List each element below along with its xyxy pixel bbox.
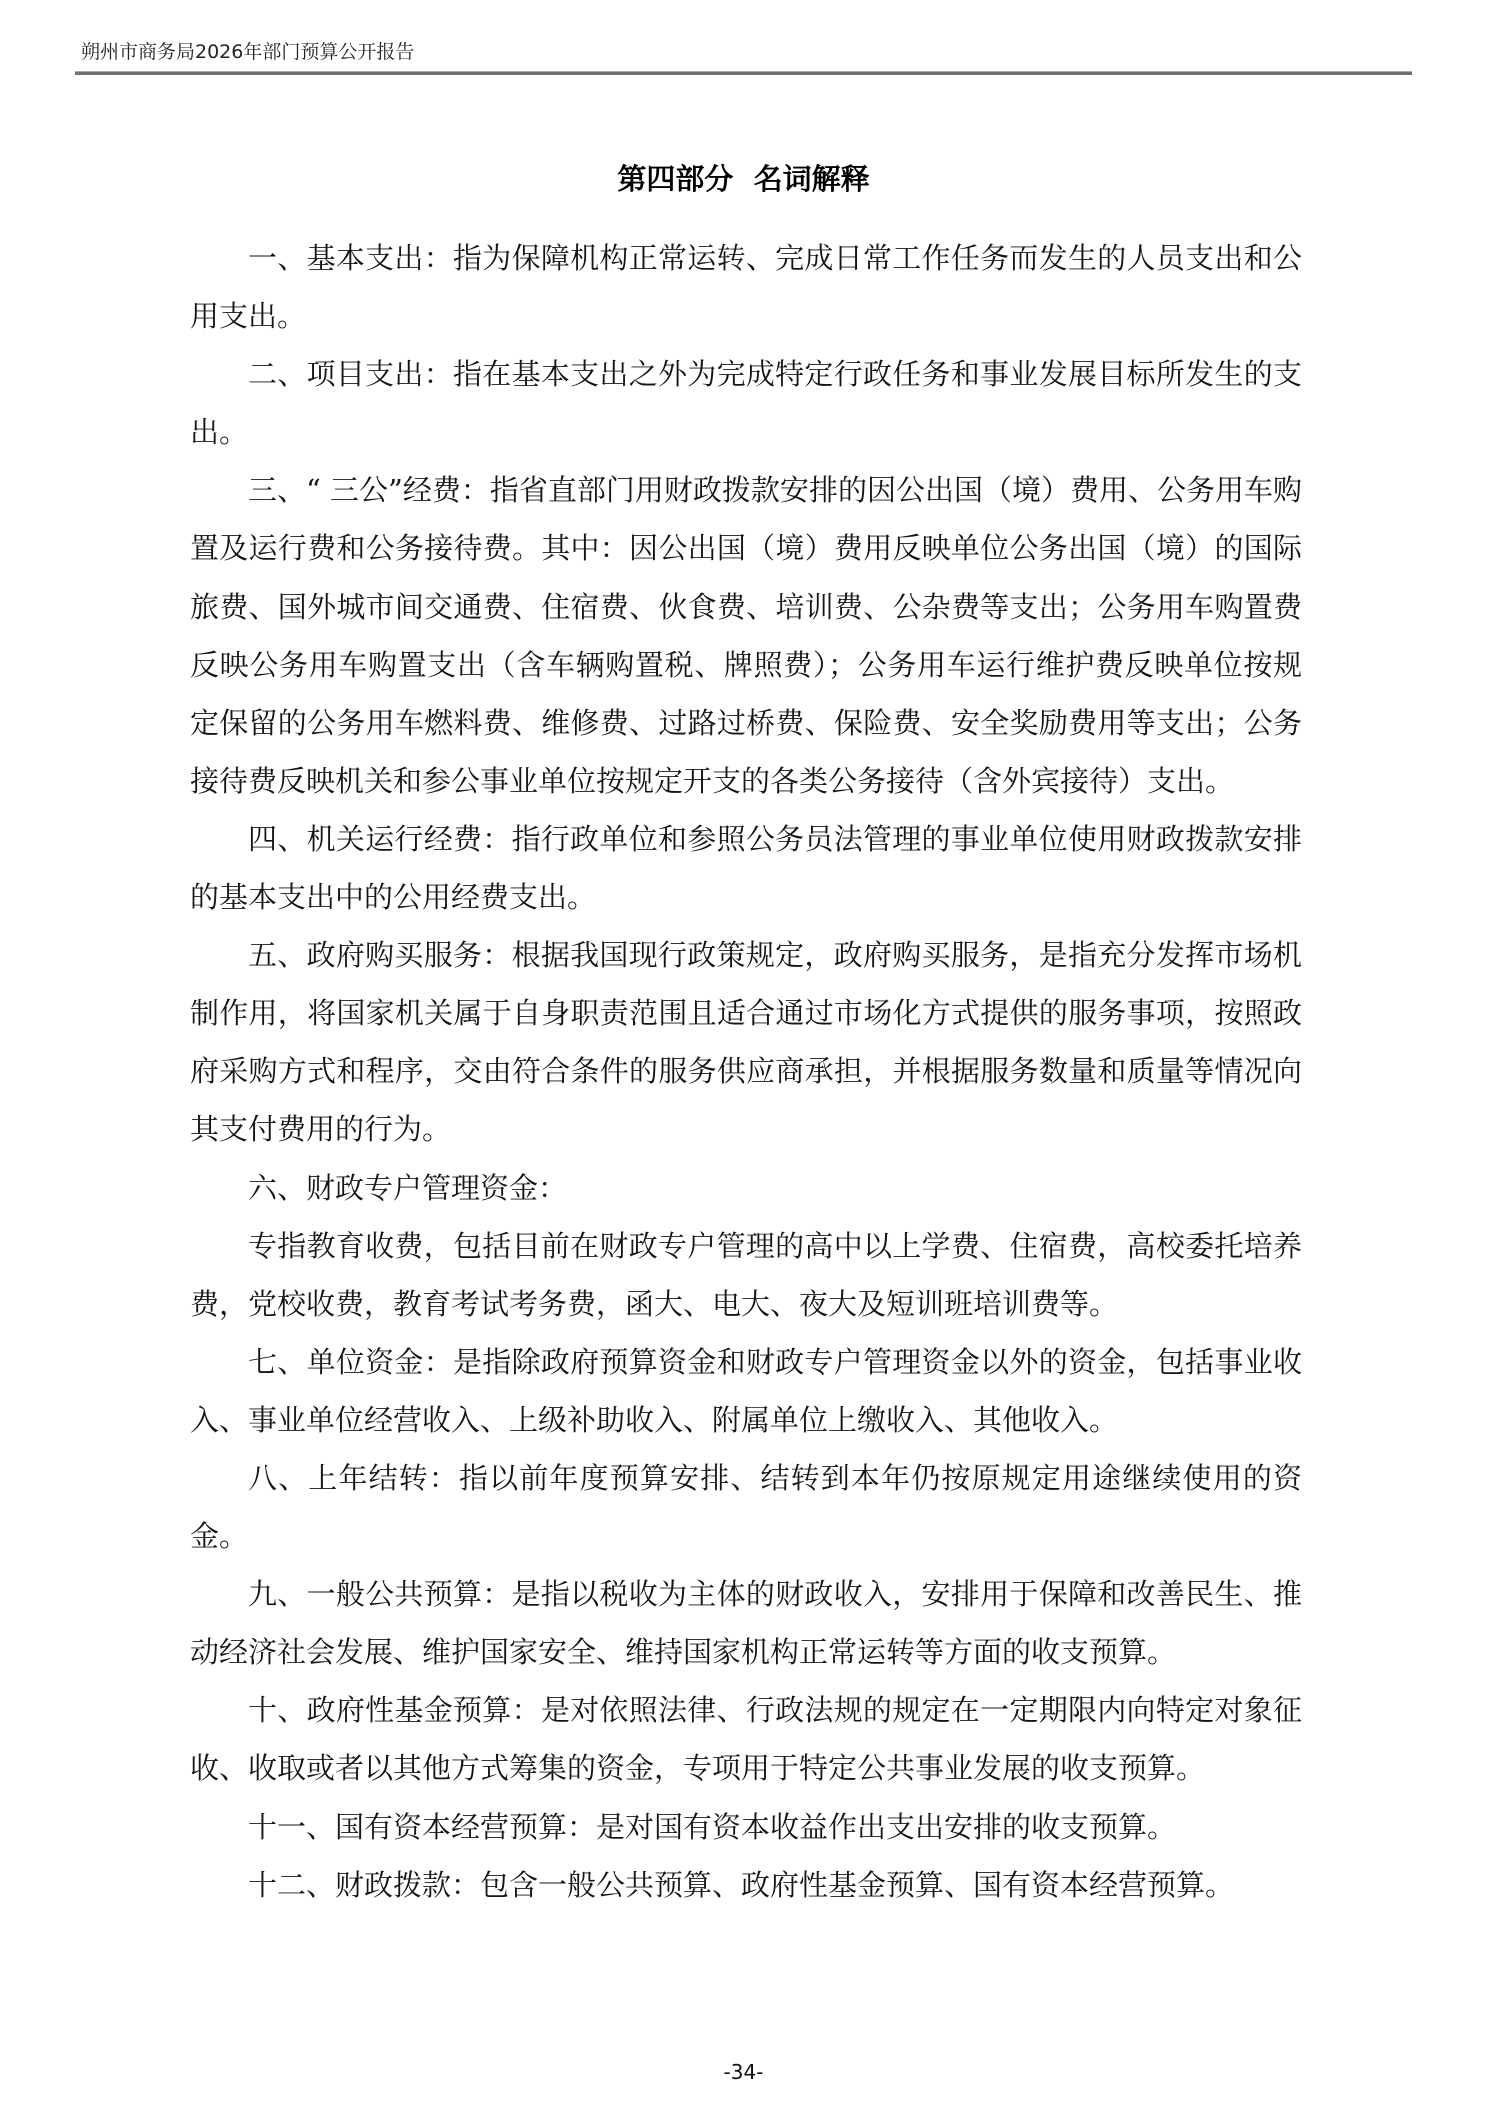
glossary-item-general-public-budget: 九、一般公共预算：是指以税收为主体的财政收入，安排用于保障和改善民生、推动经济社… xyxy=(190,1565,1302,1681)
glossary-item-three-public-expenses: 三、“ 三公”经费：指省直部门用财政拨款安排的因公出国（境）费用、公务用车购置及… xyxy=(190,461,1302,810)
glossary-item-prior-year-carryover: 八、上年结转：指以前年度预算安排、结转到本年仍按原规定用途继续使用的资金。 xyxy=(190,1449,1302,1565)
header-divider xyxy=(75,71,1412,75)
glossary-item-special-account-funds-detail: 专指教育收费，包括目前在财政专户管理的高中以上学费、住宿费，高校委托培养费，党校… xyxy=(190,1217,1302,1333)
glossary-item-basic-expenditure: 一、基本支出：指为保障机构正常运转、完成日常工作任务而发生的人员支出和公用支出。 xyxy=(190,229,1302,345)
glossary-item-special-account-funds: 六、财政专户管理资金： xyxy=(190,1159,1302,1217)
glossary-body: 一、基本支出：指为保障机构正常运转、完成日常工作任务而发生的人员支出和公用支出。… xyxy=(190,229,1302,1914)
glossary-item-fiscal-appropriation: 十二、财政拨款：包含一般公共预算、政府性基金预算、国有资本经营预算。 xyxy=(190,1856,1302,1914)
glossary-item-unit-funds: 七、单位资金：是指除政府预算资金和财政专户管理资金以外的资金，包括事业收入、事业… xyxy=(190,1333,1302,1449)
glossary-item-agency-operating-expenses: 四、机关运行经费：指行政单位和参照公务员法管理的事业单位使用财政拨款安排的基本支… xyxy=(190,810,1302,926)
glossary-item-state-capital-budget: 十一、国有资本经营预算：是对国有资本收益作出支出安排的收支预算。 xyxy=(190,1798,1302,1856)
glossary-item-project-expenditure: 二、项目支出：指在基本支出之外为完成特定行政任务和事业发展目标所发生的支出。 xyxy=(190,345,1302,461)
glossary-item-government-procurement-services: 五、政府购买服务：根据我国现行政策规定，政府购买服务，是指充分发挥市场机制作用，… xyxy=(190,926,1302,1158)
section-title: 第四部分 名词解释 xyxy=(0,160,1487,198)
page-number: -34- xyxy=(0,2058,1487,2086)
running-header-title: 朔州市商务局2026年部门预算公开报告 xyxy=(81,38,414,66)
glossary-item-government-fund-budget: 十、政府性基金预算：是对依照法律、行政法规的规定在一定期限内向特定对象征收、收取… xyxy=(190,1681,1302,1797)
